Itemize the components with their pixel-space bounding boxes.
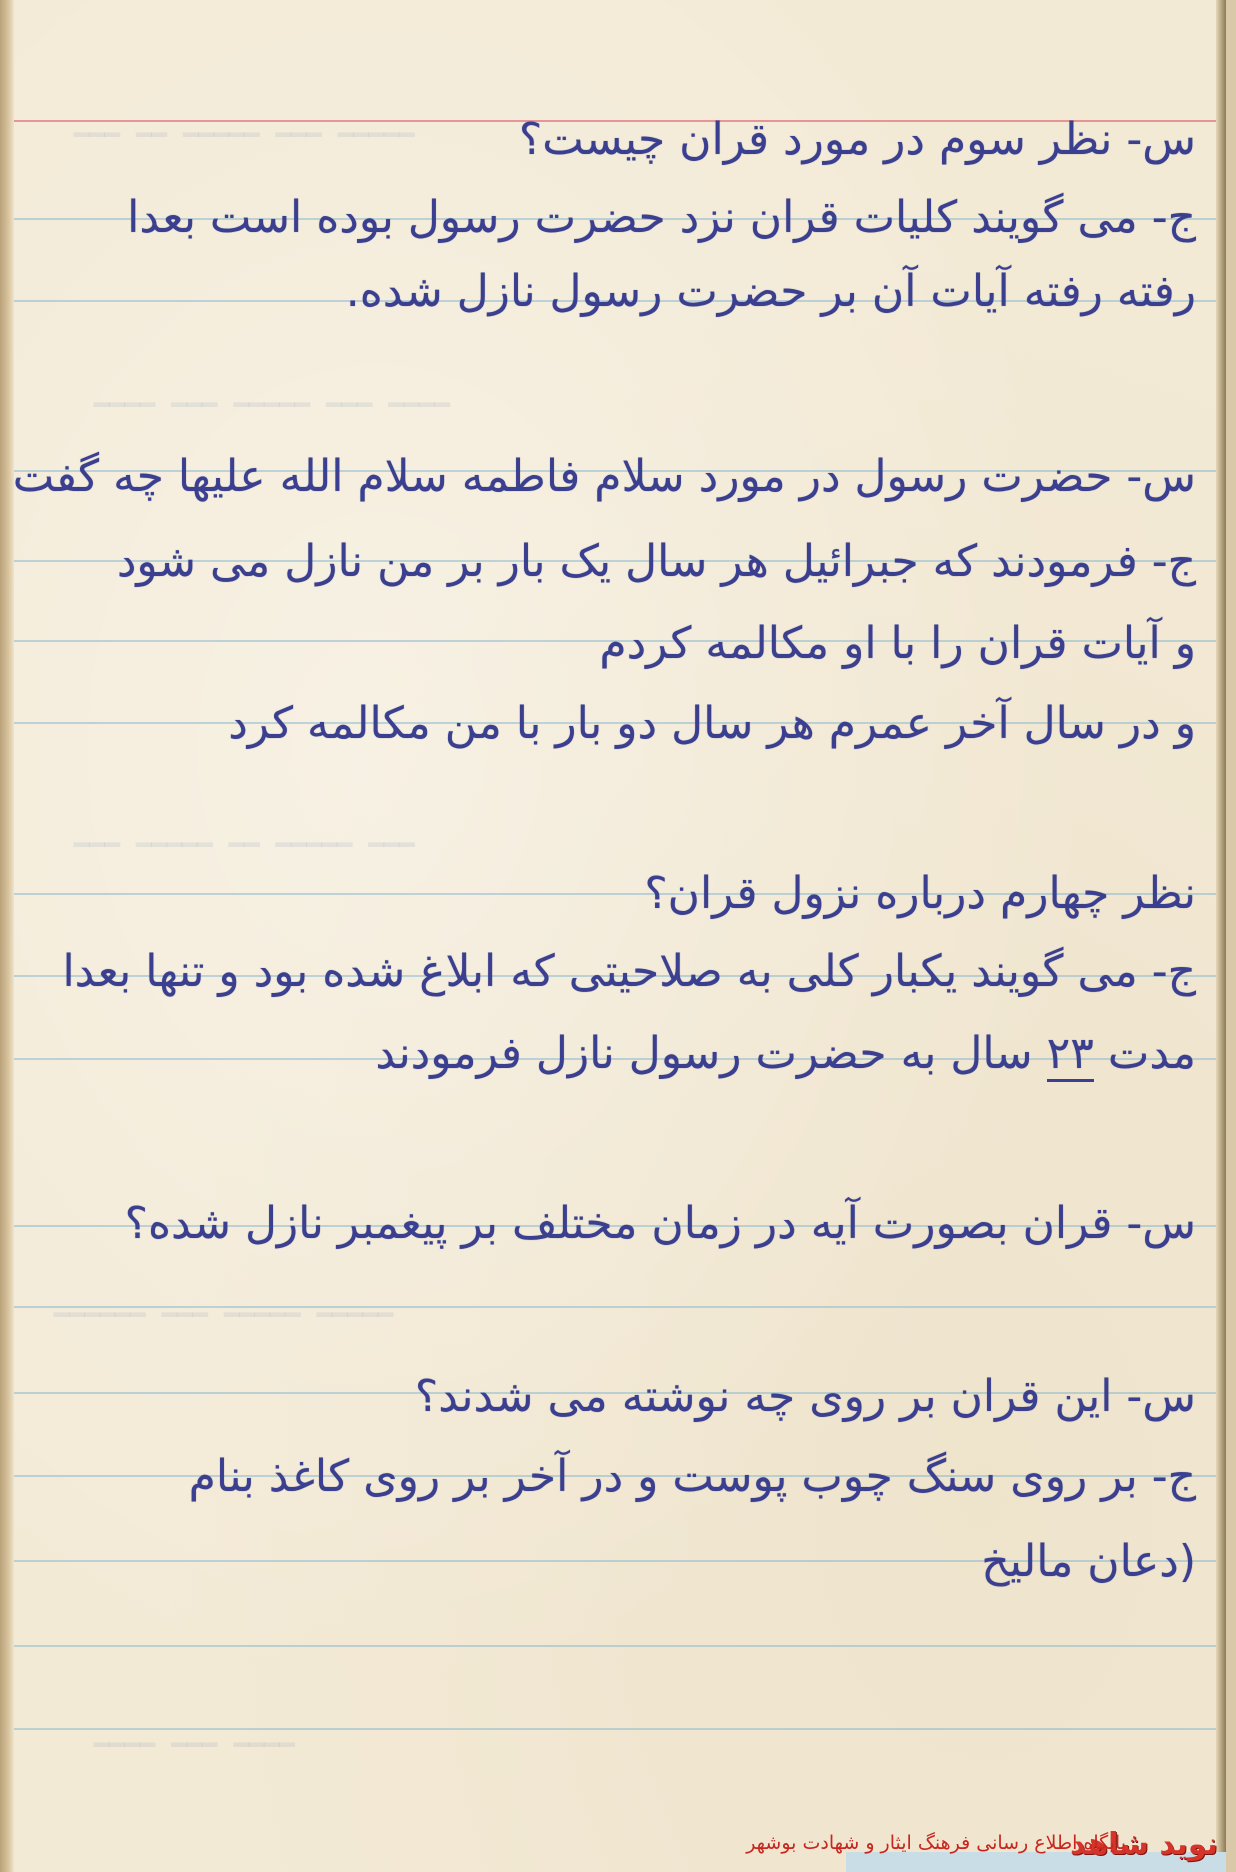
- show-through-text: ــــ ـــ ــــ: [94, 1700, 295, 1760]
- question-third-view: س- نظر سوم در مورد قران چیست؟: [519, 118, 1196, 162]
- question-fourth-view: نظر چهارم درباره نزول قران؟: [644, 872, 1196, 916]
- show-through-text: ـــ ـــــ ــ ـــــ ـــ: [74, 800, 414, 860]
- answer-written-on-line-1: ج- بر روی سنگ چوب پوست و در آخر بر روی ک…: [189, 1455, 1196, 1499]
- page-edge: [1216, 0, 1226, 1872]
- answer-prophet-line-2: و آیات قران را با او مکالمه کردم: [599, 622, 1196, 666]
- question-revelation-form: س- قران بصورت آیه در زمان مختلف بر پیغمب…: [125, 1202, 1196, 1246]
- site-watermark: نوید شاهد پایگاه اطلاع رسانی فرهنگ ایثار…: [756, 1816, 1226, 1872]
- answer-third-view-line-1: ج- می گویند کلیات قران نزد حضرت رسول بود…: [127, 196, 1196, 240]
- answer-third-view-line-2: رفته رفته آیات آن بر حضرت رسول نازل شده.: [346, 270, 1196, 314]
- watermark-caption: پایگاه اطلاع رسانی فرهنگ ایثار و شهادت ب…: [746, 1832, 1126, 1854]
- answer-prophet-line-3: و در سال آخر عمرم هر سال دو بار با من مک…: [228, 702, 1196, 746]
- answer-fourth-view-prefix: مدت: [1108, 1028, 1196, 1079]
- show-through-text: ــــــ ـــ ـــــ ـــــ: [54, 1270, 393, 1330]
- years-number: ۲۳: [1047, 1028, 1094, 1082]
- answer-fourth-view-line-1: ج- می گویند یکبار کلی به صلاحیتی که ابلا…: [62, 950, 1196, 994]
- question-prophet-statement: س- حضرت رسول در مورد سلام فاطمه سلام الل…: [14, 455, 1196, 499]
- answer-fourth-view-line-2: مدت ۲۳ سال به حضرت رسول نازل فرمودند: [375, 1032, 1196, 1076]
- question-written-on: س- این قران بر روی چه نوشته می شدند؟: [415, 1375, 1196, 1419]
- show-through-text: ــــ ـــ ـــــ ـــ ــــ: [94, 360, 450, 420]
- ruled-line: [14, 1645, 1216, 1647]
- notebook-page: ـــ ــ ـــــ ـــ ـــــ ــــ ـــ ـــــ ــ…: [14, 0, 1226, 1872]
- notebook-binding: [0, 0, 14, 1872]
- answer-prophet-line-1: ج- فرمودند که جبرائیل هر سال یک بار بر م…: [117, 540, 1196, 584]
- answer-fourth-view-tail: سال به حضرت رسول نازل فرمودند: [375, 1028, 1032, 1079]
- show-through-text: ـــ ــ ـــــ ـــ ـــــ: [74, 90, 414, 150]
- answer-written-on-line-2: (دعان مالیخ: [981, 1540, 1196, 1584]
